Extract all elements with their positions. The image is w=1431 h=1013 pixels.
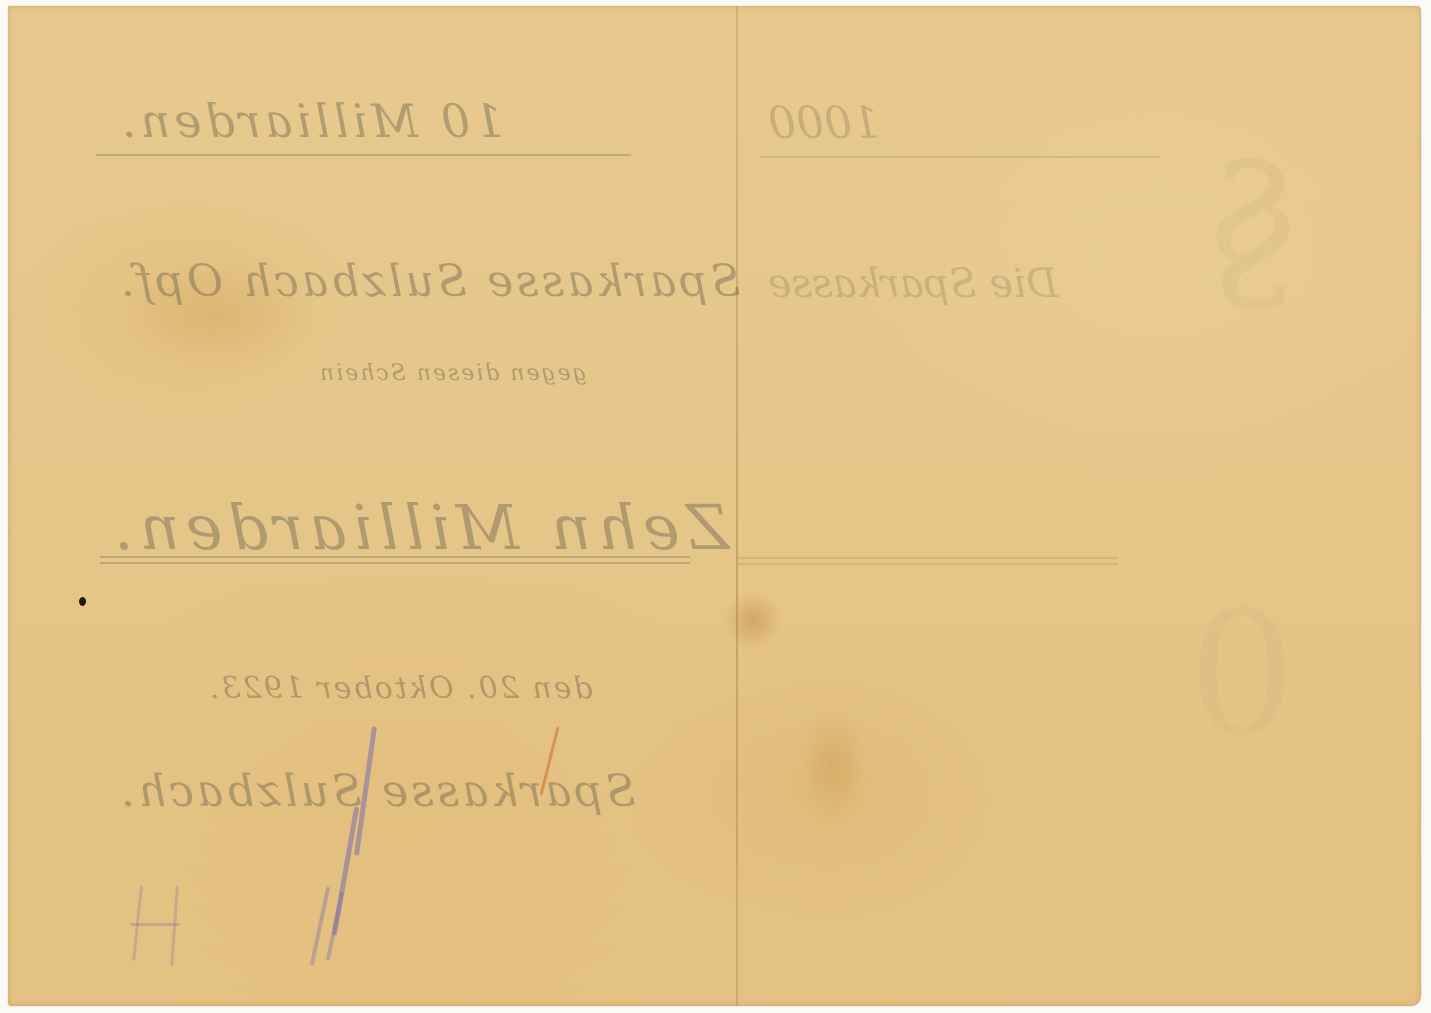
stain-center (723, 591, 783, 651)
vertical-fold-line (736, 6, 738, 1006)
main-double-rule-right (738, 557, 1118, 565)
ink-dot (79, 597, 86, 606)
main-double-rule (100, 556, 690, 564)
watermark-right-lower: 0 (1188, 576, 1296, 774)
watermark-right: § (1208, 126, 1298, 335)
bleed-issuer-line: Sparkasse Sulzbach Opf. (118, 256, 741, 307)
bleed-denomination-top: 10 Milliarden. (118, 94, 503, 148)
pencil-h-bar (130, 923, 180, 926)
top-rule-left (96, 154, 631, 156)
top-rule-right (760, 156, 1160, 158)
bleed-date-line: den 20. Oktober 1923. (208, 671, 593, 706)
bleed-top-right-fragment: 1000 (768, 98, 880, 149)
bleed-signature-line: Sparkasse Sulzbach. (118, 766, 636, 817)
bleed-denomination-main: Zehn Milliarden. (108, 491, 729, 564)
stain-lower (798, 706, 868, 826)
banknote-paper: 10 Milliarden. 1000 Sparkasse Sulzbach O… (8, 6, 1421, 1006)
pencil-h-right (170, 886, 179, 966)
pencil-stroke-4 (326, 891, 344, 960)
bleed-issuer-right-fragment: Die Sparkasse (768, 261, 1058, 307)
bleed-promise-line: gegen diesen Schein (318, 361, 587, 386)
